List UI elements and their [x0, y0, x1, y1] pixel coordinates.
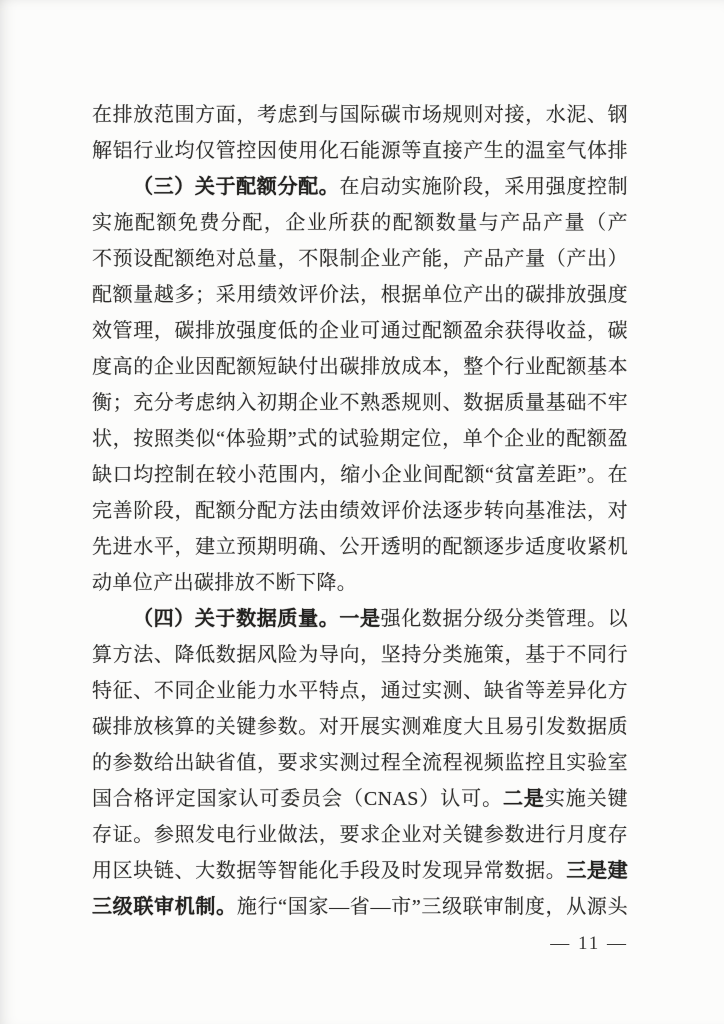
text-line: 的参数给出缺省值，要求实测过程全流程视频监控且实验室通过中 — [92, 745, 628, 781]
text-line: 解铝行业均仅管控因使用化石能源等直接产生的温室气体排放。 — [92, 133, 628, 169]
text-line: 存证。参照发电行业做法，要求企业对关键参数进行月度存证，利 — [92, 817, 628, 853]
text-line: 效管理，碳排放强度低的企业可通过配额盈余获得收益，碳排放强 — [92, 313, 628, 349]
bold-text-run: （四）关于数据质量。一是 — [133, 608, 381, 630]
text-run: 缺口均控制在较小范围内，缩小企业间配额“贫富差距”。在深化 — [92, 464, 628, 493]
text-run: 状，按照类似“体验期”式的试验期定位，单个企业的配额盈余与 — [92, 428, 628, 457]
text-run: 完善阶段，配额分配方法由绩效评价法逐步转向基准法，对标行业 — [92, 500, 628, 529]
text-line: 国合格评定国家认可委员会（CNAS）认可。二是实施关键参数月度 — [92, 781, 628, 817]
text-run: 不预设配额绝对总量，不限制企业产能，产品产量（产出）越大、 — [92, 248, 628, 277]
text-line: 用区块链、大数据等智能化手段及时发现异常数据。三是建立完善 — [92, 853, 628, 889]
text-run: 先进水平，建立预期明确、公开透明的配额逐步适度收紧机制，推 — [92, 536, 628, 565]
bold-text-run: 三级联审机制。 — [92, 896, 237, 918]
text-run: 存证。参照发电行业做法，要求企业对关键参数进行月度存证，利 — [92, 824, 628, 853]
text-run: 衡；充分考虑纳入初期企业不熟悉规则、数据质量基础不牢靠的现 — [92, 392, 628, 421]
text-line: 先进水平，建立预期明确、公开透明的配额逐步适度收紧机制，推 — [92, 529, 628, 565]
document-page: 在排放范围方面，考虑到与国际碳市场规则对接，水泥、钢铁、电解铝行业均仅管控因使用… — [0, 0, 724, 1024]
text-line: 完善阶段，配额分配方法由绩效评价法逐步转向基准法，对标行业 — [92, 493, 628, 529]
text-line: 在排放范围方面，考虑到与国际碳市场规则对接，水泥、钢铁、电 — [92, 97, 628, 133]
text-run: 解铝行业均仅管控因使用化石能源等直接产生的温室气体排放。 — [92, 140, 628, 169]
text-line: 碳排放核算的关键参数。对开展实测难度大且易引发数据质量风险 — [92, 709, 628, 745]
page-number: — 11 — — [92, 933, 628, 955]
text-line: 三级联审机制。施行“国家—省—市”三级联审制度，从源头对化 — [92, 889, 628, 925]
text-line: 不预设配额绝对总量，不限制企业产能，产品产量（产出）越大、 — [92, 241, 628, 277]
text-line: 状，按照类似“体验期”式的试验期定位，单个企业的配额盈余与 — [92, 421, 628, 457]
text-run: 动单位产出碳排放不断下降。 — [92, 572, 357, 594]
text-line: 动单位产出碳排放不断下降。 — [92, 565, 628, 601]
text-run: 碳排放核算的关键参数。对开展实测难度大且易引发数据质量风险 — [92, 716, 628, 745]
text-run: 效管理，碳排放强度低的企业可通过配额盈余获得收益，碳排放强 — [92, 320, 628, 349]
text-line: 缺口均控制在较小范围内，缩小企业间配额“贫富差距”。在深化 — [92, 457, 628, 493]
text-run: 在排放范围方面，考虑到与国际碳市场规则对接，水泥、钢铁、电 — [92, 104, 628, 133]
text-run: 实施配额免费分配，企业所获的配额数量与产品产量（产出）挂钩， — [92, 212, 628, 241]
text-line: （四）关于数据质量。一是强化数据分级分类管理。以简化核 — [92, 601, 628, 637]
text-line: 配额量越多；采用绩效评价法，根据单位产出的碳排放强度进行绩 — [92, 277, 628, 313]
text-run: 用区块链、大数据等智能化手段及时发现异常数据。 — [92, 860, 566, 882]
text-line: 度高的企业因配额短缺付出碳排放成本，整个行业配额基本盈亏平 — [92, 349, 628, 385]
text-run: 配额量越多；采用绩效评价法，根据单位产出的碳排放强度进行绩 — [92, 284, 628, 313]
text-run: 特征、不同企业能力水平特点，通过实测、缺省等差异化方法获取 — [92, 680, 628, 709]
text-line: 实施配额免费分配，企业所获的配额数量与产品产量（产出）挂钩， — [92, 205, 628, 241]
text-line: 衡；充分考虑纳入初期企业不熟悉规则、数据质量基础不牢靠的现 — [92, 385, 628, 421]
text-line: （三）关于配额分配。在启动实施阶段，采用强度控制的思路 — [92, 169, 628, 205]
text-run: 国合格评定国家认可委员会（CNAS）认可。 — [92, 788, 503, 810]
text-run: 度高的企业因配额短缺付出碳排放成本，整个行业配额基本盈亏平 — [92, 356, 628, 385]
text-run: 算方法、降低数据风险为导向，坚持分类施策，基于不同行业排放 — [92, 644, 628, 673]
text-line: 特征、不同企业能力水平特点，通过实测、缺省等差异化方法获取 — [92, 673, 628, 709]
document-body: 在排放范围方面，考虑到与国际碳市场规则对接，水泥、钢铁、电解铝行业均仅管控因使用… — [92, 97, 628, 925]
text-run: 的参数给出缺省值，要求实测过程全流程视频监控且实验室通过中 — [92, 752, 628, 781]
bold-text-run: （三）关于配额分配。 — [133, 176, 339, 198]
text-line: 算方法、降低数据风险为导向，坚持分类施策，基于不同行业排放 — [92, 637, 628, 673]
bold-text-run: 二是 — [503, 788, 545, 810]
